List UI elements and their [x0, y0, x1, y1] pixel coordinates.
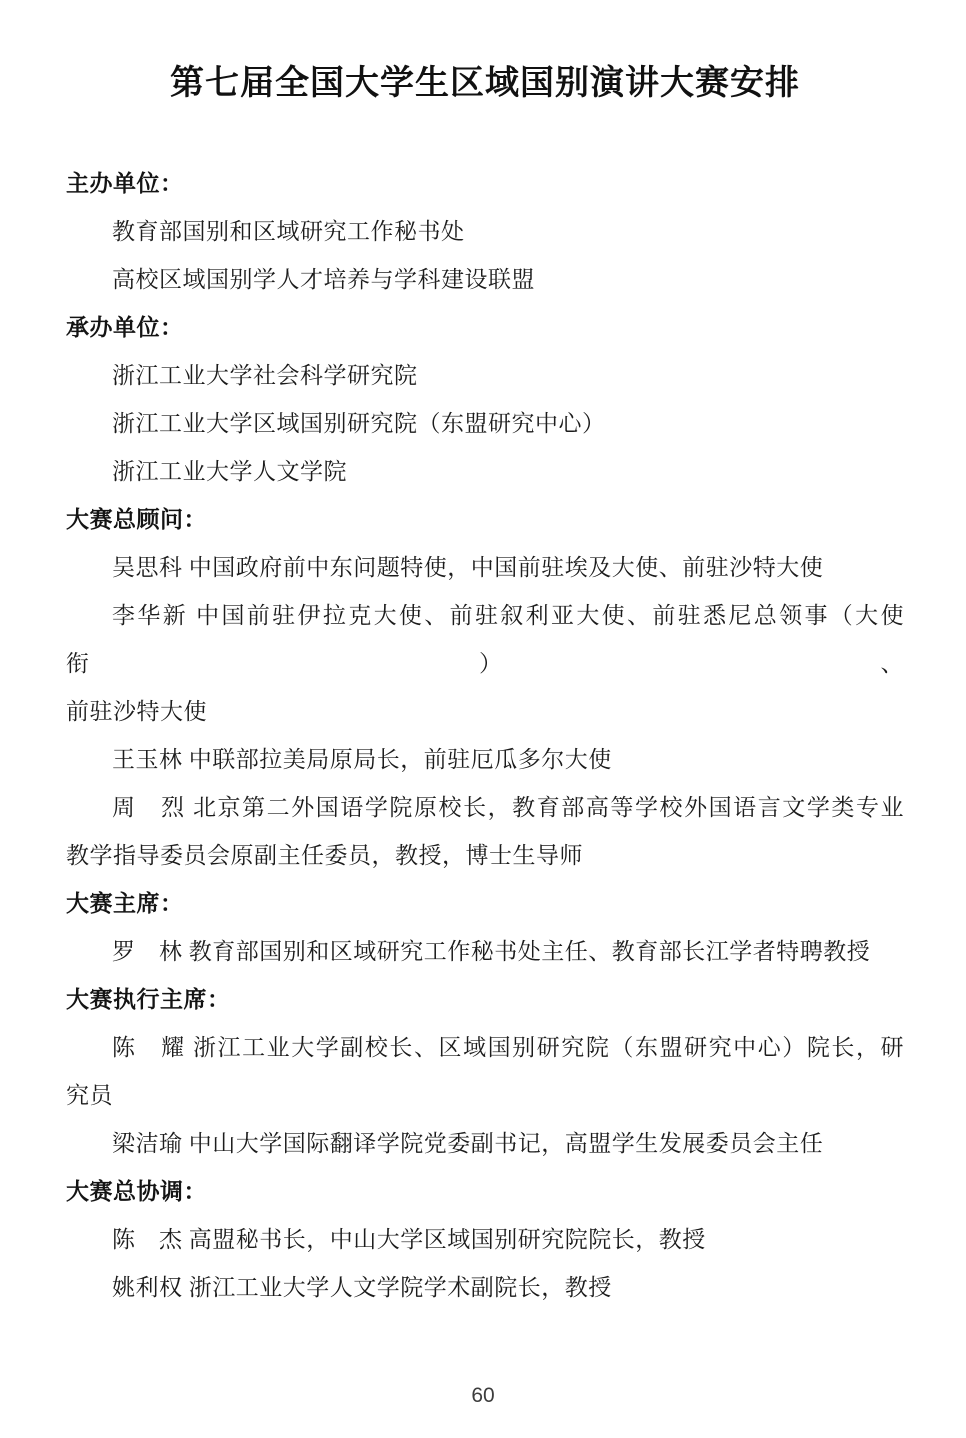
heading-general-coordinators: 大赛总协调： — [66, 1168, 904, 1216]
doc-line: 浙江工业大学区域国别研究院（东盟研究中心） — [66, 400, 904, 448]
heading-executive-chairs: 大赛执行主席： — [66, 976, 904, 1024]
page-number: 60 — [0, 1384, 966, 1408]
doc-line: 陈 耀 浙江工业大学副校长、区域国别研究院（东盟研究中心）院长，研 — [66, 1024, 904, 1072]
doc-line: 究员 — [66, 1072, 904, 1120]
doc-line: 高校区域国别学人才培养与学科建设联盟 — [66, 256, 904, 304]
doc-line: 浙江工业大学社会科学研究院 — [66, 352, 904, 400]
document-content: 第七届全国大学生区域国别演讲大赛安排 主办单位： 教育部国别和区域研究工作秘书处… — [66, 60, 904, 1312]
doc-line: 浙江工业大学人文学院 — [66, 448, 904, 496]
heading-contest-chair: 大赛主席： — [66, 880, 904, 928]
doc-line: 罗 林 教育部国别和区域研究工作秘书处主任、教育部长江学者特聘教授 — [66, 928, 904, 976]
doc-line: 教育部国别和区域研究工作秘书处 — [66, 208, 904, 256]
doc-line: 周 烈 北京第二外国语学院原校长，教育部高等学校外国语言文学类专业 — [66, 784, 904, 832]
doc-line: 梁洁瑜 中山大学国际翻译学院党委副书记，高盟学生发展委员会主任 — [66, 1120, 904, 1168]
doc-line: 王玉林 中联部拉美局原局长，前驻厄瓜多尔大使 — [66, 736, 904, 784]
doc-line: 前驻沙特大使 — [66, 688, 904, 736]
document-page: 第七届全国大学生区域国别演讲大赛安排 主办单位： 教育部国别和区域研究工作秘书处… — [0, 0, 966, 1438]
doc-line: 姚利权 浙江工业大学人文学院学术副院长，教授 — [66, 1264, 904, 1312]
heading-host-units: 主办单位： — [66, 160, 904, 208]
doc-line: 陈 杰 高盟秘书长，中山大学区域国别研究院院长，教授 — [66, 1216, 904, 1264]
doc-line: 吴思科 中国政府前中东问题特使，中国前驻埃及大使、前驻沙特大使 — [66, 544, 904, 592]
doc-line: 李华新 中国前驻伊拉克大使、前驻叙利亚大使、前驻悉尼总领事（大使衔）、 — [66, 592, 904, 688]
doc-line: 教学指导委员会原副主任委员，教授，博士生导师 — [66, 832, 904, 880]
document-title: 第七届全国大学生区域国别演讲大赛安排 — [66, 60, 904, 108]
title-spacer — [66, 108, 904, 160]
heading-chief-advisors: 大赛总顾问： — [66, 496, 904, 544]
heading-organizing-units: 承办单位： — [66, 304, 904, 352]
